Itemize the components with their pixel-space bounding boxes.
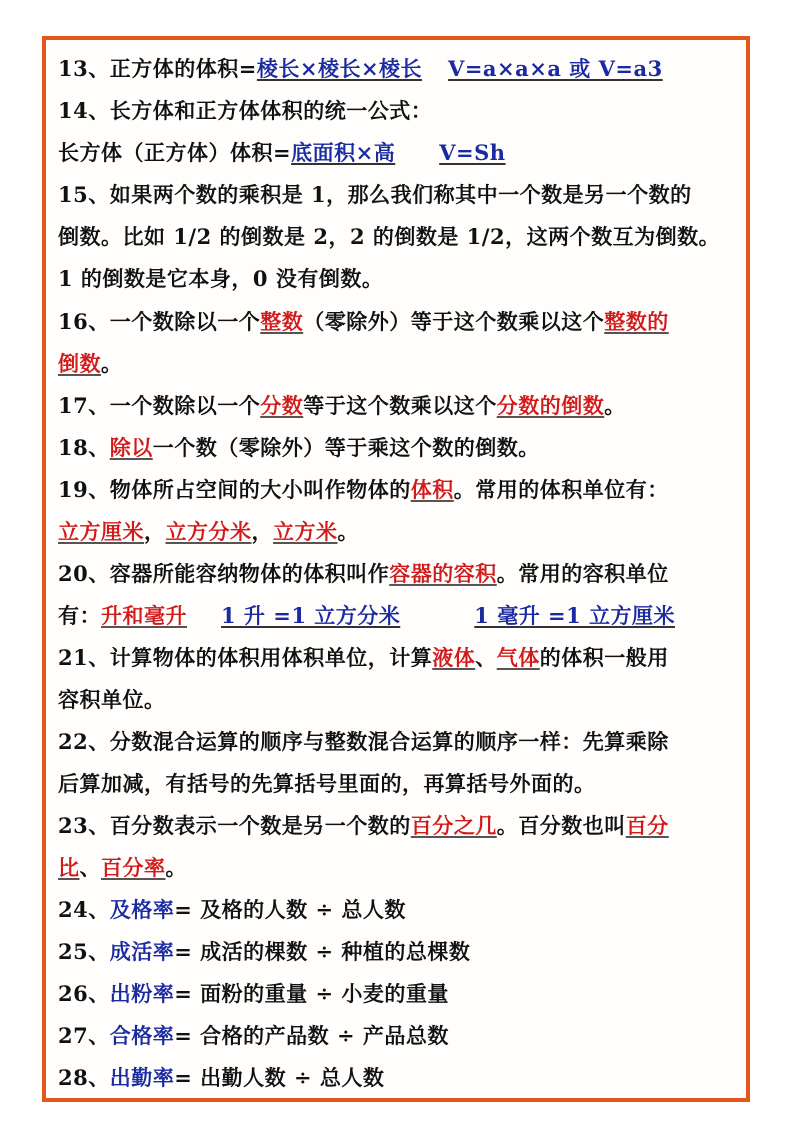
formula-highlight: 1 毫升 =1 立方厘米: [474, 603, 675, 628]
document-frame: 13、正方体的体积=棱长×棱长×棱长V=a×a×a 或 V=a3 14、长方体和…: [42, 36, 750, 1102]
item-text: 。常用的容积单位: [497, 561, 669, 586]
item-text: 长方体和正方体体积的统一公式：: [110, 98, 433, 123]
item-text: 。: [101, 351, 123, 376]
item-text: （零除外）等于这个数乘以这个: [303, 309, 604, 334]
keyword-highlight: 立方分米: [166, 519, 252, 544]
item-text: 正方体的体积=: [110, 56, 257, 81]
item-26: 26、出粉率= 面粉的重量 ÷ 小麦的重量: [58, 979, 449, 1009]
item-number: 16、: [58, 309, 110, 334]
item-24: 24、及格率= 及格的人数 ÷ 总人数: [58, 895, 406, 925]
item-text: 计算物体的体积用体积单位，计算: [110, 645, 433, 670]
item-number: 21、: [58, 645, 110, 670]
item-text: ，: [252, 519, 274, 544]
keyword-highlight: 气体: [497, 645, 540, 670]
rate-formula: = 合格的产品数 ÷ 产品总数: [174, 1023, 449, 1048]
item-19-line2: 立方厘米，立方分米，立方米。: [58, 517, 359, 547]
item-text: 长方体（正方体）体积=: [58, 140, 291, 165]
item-text: 物体所占空间的大小叫作物体的: [110, 477, 411, 502]
item-text: ，: [144, 519, 166, 544]
item-number: 22、: [58, 729, 110, 754]
formula-highlight: V=Sh: [439, 140, 505, 165]
item-22-line2: 后算加减，有括号的先算括号里面的，再算括号外面的。: [58, 769, 596, 799]
rate-formula: = 成活的棵数 ÷ 种植的总棵数: [174, 939, 470, 964]
rate-term: 及格率: [110, 897, 175, 922]
item-text: 一个数（零除外）等于乘这个数的倒数。: [153, 435, 540, 460]
rate-formula: = 面粉的重量 ÷ 小麦的重量: [174, 981, 449, 1006]
item-27: 27、合格率= 合格的产品数 ÷ 产品总数: [58, 1021, 449, 1051]
item-text: 。百分数也叫: [497, 813, 626, 838]
rate-term: 合格率: [110, 1023, 175, 1048]
item-14: 14、长方体和正方体体积的统一公式：: [58, 96, 432, 126]
item-text: 、: [475, 645, 497, 670]
keyword-highlight: 分数的倒数: [497, 393, 605, 418]
item-21-line1: 21、计算物体的体积用体积单位，计算液体、气体的体积一般用: [58, 643, 669, 673]
item-text: 容器所能容纳物体的体积叫作: [110, 561, 390, 586]
item-14-formula: 长方体（正方体）体积=底面积×高V=Sh: [58, 138, 506, 168]
item-text: 分数混合运算的顺序与整数混合运算的顺序一样：先算乘除: [110, 729, 669, 754]
item-text: 1 的倒数是它本身，0 没有倒数。: [58, 266, 383, 291]
keyword-highlight: 容器的容积: [389, 561, 497, 586]
rate-formula: = 及格的人数 ÷ 总人数: [174, 897, 406, 922]
keyword-highlight: 体积: [411, 477, 454, 502]
keyword-highlight: 倒数: [58, 351, 101, 376]
item-22-line1: 22、分数混合运算的顺序与整数混合运算的顺序一样：先算乘除: [58, 727, 669, 757]
keyword-highlight: 百分: [626, 813, 669, 838]
keyword-highlight: 整数: [260, 309, 303, 334]
item-text: 后算加减，有括号的先算括号里面的，再算括号外面的。: [58, 771, 596, 796]
item-number: 17、: [58, 393, 110, 418]
item-number: 24、: [58, 897, 110, 922]
item-16-line2: 倒数。: [58, 349, 123, 379]
item-18: 18、除以一个数（零除外）等于乘这个数的倒数。: [58, 433, 540, 463]
rate-term: 出粉率: [110, 981, 175, 1006]
item-text: 倒数。比如 1/2 的倒数是 2，2 的倒数是 1/2，这两个数互为倒数。: [58, 224, 720, 249]
item-23-line1: 23、百分数表示一个数是另一个数的百分之几。百分数也叫百分: [58, 811, 669, 841]
keyword-highlight: 立方厘米: [58, 519, 144, 544]
item-15-line3: 1 的倒数是它本身，0 没有倒数。: [58, 264, 383, 294]
item-13: 13、正方体的体积=棱长×棱长×棱长V=a×a×a 或 V=a3: [58, 54, 663, 84]
keyword-highlight: 百分之几: [411, 813, 497, 838]
rate-term: 出勤率: [110, 1065, 175, 1090]
keyword-highlight: 比: [58, 855, 80, 880]
item-text: 的体积一般用: [540, 645, 669, 670]
item-20-line2: 有：升和毫升1 升 =1 立方分米1 毫升 =1 立方厘米: [58, 601, 675, 631]
item-28: 28、出勤率= 出勤人数 ÷ 总人数: [58, 1063, 384, 1093]
item-text: 一个数除以一个: [110, 393, 261, 418]
item-number: 27、: [58, 1023, 110, 1048]
keyword-highlight: 整数的: [604, 309, 669, 334]
item-number: 20、: [58, 561, 110, 586]
keyword-highlight: 液体: [432, 645, 475, 670]
item-number: 14、: [58, 98, 110, 123]
formula-highlight: 棱长×棱长×棱长: [257, 56, 422, 81]
item-21-line2: 容积单位。: [58, 685, 166, 715]
formula-highlight: V=a×a×a 或 V=a3: [448, 56, 663, 81]
item-15-line1: 15、如果两个数的乘积是 1，那么我们称其中一个数是另一个数的: [58, 180, 692, 210]
item-text: 容积单位。: [58, 687, 166, 712]
item-text: 如果两个数的乘积是 1，那么我们称其中一个数是另一个数的: [110, 182, 692, 207]
item-text: 有：: [58, 603, 101, 628]
item-number: 28、: [58, 1065, 110, 1090]
item-20-line1: 20、容器所能容纳物体的体积叫作容器的容积。常用的容积单位: [58, 559, 669, 589]
rate-formula: = 出勤人数 ÷ 总人数: [174, 1065, 384, 1090]
item-number: 18、: [58, 435, 110, 460]
keyword-highlight: 立方米: [273, 519, 338, 544]
item-15-line2: 倒数。比如 1/2 的倒数是 2，2 的倒数是 1/2，这两个数互为倒数。: [58, 222, 720, 252]
item-number: 13、: [58, 56, 110, 81]
keyword-highlight: 除以: [110, 435, 153, 460]
item-25: 25、成活率= 成活的棵数 ÷ 种植的总棵数: [58, 937, 470, 967]
formula-highlight: 底面积×高: [291, 140, 395, 165]
formula-highlight: 1 升 =1 立方分米: [221, 603, 400, 628]
item-16-line1: 16、一个数除以一个整数（零除外）等于这个数乘以这个整数的: [58, 307, 669, 337]
keyword-highlight: 百分率: [101, 855, 166, 880]
item-text: 。: [166, 855, 188, 880]
item-23-line2: 比、百分率。: [58, 853, 187, 883]
item-number: 26、: [58, 981, 110, 1006]
item-text: 百分数表示一个数是另一个数的: [110, 813, 411, 838]
item-number: 23、: [58, 813, 110, 838]
item-text: 、: [80, 855, 102, 880]
item-19-line1: 19、物体所占空间的大小叫作物体的体积。常用的体积单位有：: [58, 475, 669, 505]
item-number: 15、: [58, 182, 110, 207]
item-17: 17、一个数除以一个分数等于这个数乘以这个分数的倒数。: [58, 391, 626, 421]
rate-term: 成活率: [110, 939, 175, 964]
item-text: 等于这个数乘以这个: [303, 393, 497, 418]
item-text: 。常用的体积单位有：: [454, 477, 669, 502]
item-number: 19、: [58, 477, 110, 502]
keyword-highlight: 升和毫升: [101, 603, 187, 628]
item-text: 。: [604, 393, 626, 418]
item-number: 25、: [58, 939, 110, 964]
item-text: 一个数除以一个: [110, 309, 261, 334]
item-text: 。: [338, 519, 360, 544]
keyword-highlight: 分数: [260, 393, 303, 418]
